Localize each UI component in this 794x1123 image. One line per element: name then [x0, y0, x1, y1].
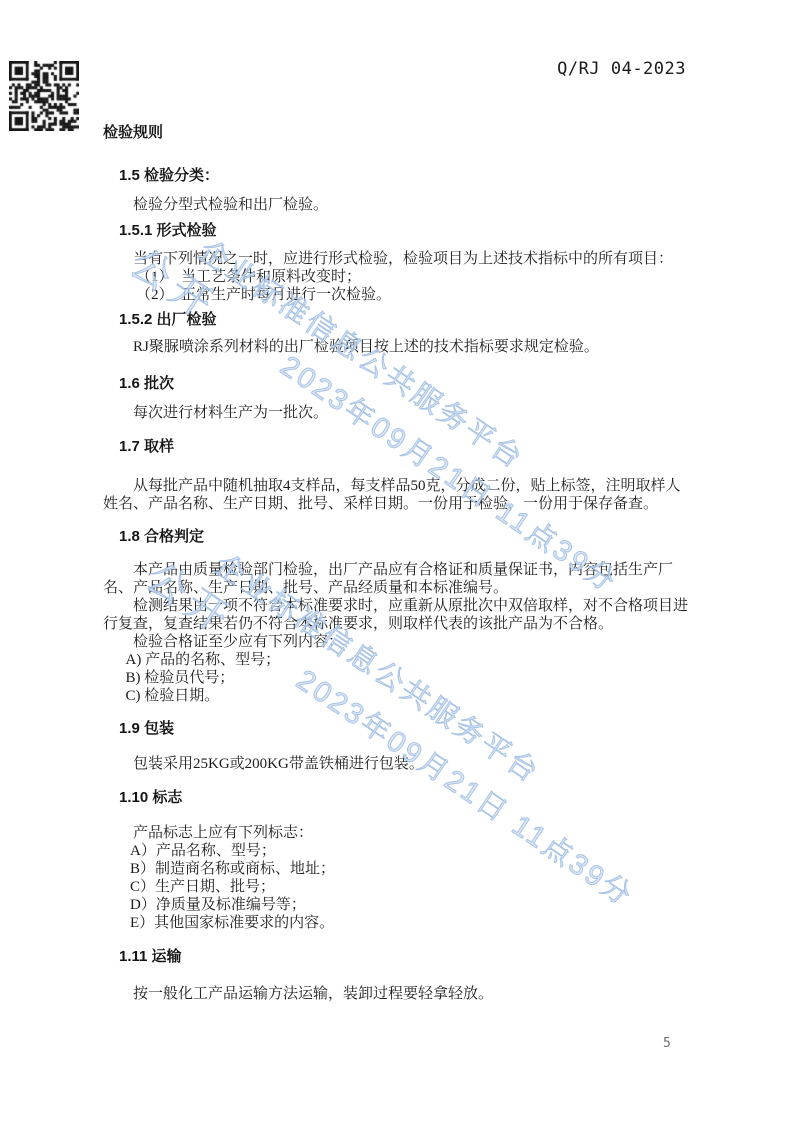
list-item: （1） 当工艺条件和原料改变时；: [103, 268, 695, 286]
paragraph: 检验分型式检验和出厂检验。: [103, 196, 695, 214]
paragraph: 本产品由质量检验部门检验，出厂产品应有合格证和质量保证书，内容包括生产厂名、产品…: [103, 561, 695, 597]
qr-code-icon: [9, 61, 79, 131]
paragraph: 检测结果由一项不符合本标准要求时，应重新从原批次中双倍取样，对不合格项目进行复查…: [103, 597, 695, 633]
section-heading: 1.5.1 形式检验: [103, 222, 695, 240]
section-heading: 1.7 取样: [103, 438, 695, 456]
paragraph: 包装采用25KG或200KG带盖铁桶进行包装。: [103, 755, 695, 773]
section-1-8: 1.8 合格判定 本产品由质量检验部门检验，出厂产品应有合格证和质量保证书，内容…: [103, 528, 695, 705]
document-body: 检验规则 1.5 检验分类： 检验分型式检验和出厂检验。 1.5.1 形式检验 …: [103, 124, 695, 1003]
section-heading: 1.5.2 出厂检验: [103, 311, 695, 329]
section-1-9: 1.9 包装 包装采用25KG或200KG带盖铁桶进行包装。: [103, 720, 695, 773]
list-item: A）产品名称、型号；: [103, 842, 695, 860]
section-heading: 1.5 检验分类：: [103, 167, 695, 185]
list-item: D）净质量及标准编号等；: [103, 896, 695, 914]
section-1-10: 1.10 标志 产品标志上应有下列标志： A）产品名称、型号； B）制造商名称或…: [103, 789, 695, 932]
list-item: C）生产日期、批号；: [103, 878, 695, 896]
list-item: C) 检验日期。: [103, 687, 695, 705]
paragraph: 从每批产品中随机抽取4支样品，每支样品50克，分成二份，贴上标签，注明取样人姓名…: [103, 477, 695, 513]
section-heading: 1.6 批次: [103, 375, 695, 393]
page-title: 检验规则: [103, 124, 695, 142]
section-heading: 1.8 合格判定: [103, 528, 695, 546]
paragraph: 当有下列情况之一时，应进行形式检验，检验项目为上述技术指标中的所有项目：: [103, 250, 695, 268]
paragraph: RJ聚脲喷涂系列材料的出厂检验项目按上述的技术指标要求规定检验。: [103, 338, 695, 356]
section-1-5: 1.5 检验分类： 检验分型式检验和出厂检验。: [103, 167, 695, 214]
list-item: A) 产品的名称、型号；: [103, 651, 695, 669]
list-item: B）制造商名称或商标、地址；: [103, 860, 695, 878]
list-item: E）其他国家标准要求的内容。: [103, 914, 695, 932]
list-item: B) 检验员代号；: [103, 669, 695, 687]
page-number: 5: [663, 1036, 671, 1051]
list-item: （2） 正常生产时每月进行一次检验。: [103, 286, 695, 304]
document-page: Q/RJ 04-2023 企业标准信息公共服务平台 公开 2023年09月21日…: [0, 0, 794, 1123]
paragraph: 检验合格证至少应有下列内容：: [103, 633, 695, 651]
section-1-5-1: 1.5.1 形式检验 当有下列情况之一时，应进行形式检验，检验项目为上述技术指标…: [103, 222, 695, 304]
section-1-7: 1.7 取样 从每批产品中随机抽取4支样品，每支样品50克，分成二份，贴上标签，…: [103, 438, 695, 513]
section-heading: 1.10 标志: [103, 789, 695, 807]
section-heading: 1.9 包装: [103, 720, 695, 738]
paragraph: 按一般化工产品运输方法运输，装卸过程要轻拿轻放。: [103, 985, 695, 1003]
doc-code: Q/RJ 04-2023: [557, 59, 686, 79]
paragraph: 产品标志上应有下列标志：: [103, 824, 695, 842]
section-1-5-2: 1.5.2 出厂检验 RJ聚脲喷涂系列材料的出厂检验项目按上述的技术指标要求规定…: [103, 311, 695, 356]
section-1-11: 1.11 运输 按一般化工产品运输方法运输，装卸过程要轻拿轻放。: [103, 948, 695, 1003]
section-heading: 1.11 运输: [103, 948, 695, 966]
section-1-6: 1.6 批次 每次进行材料生产为一批次。: [103, 375, 695, 422]
paragraph: 每次进行材料生产为一批次。: [103, 404, 695, 422]
